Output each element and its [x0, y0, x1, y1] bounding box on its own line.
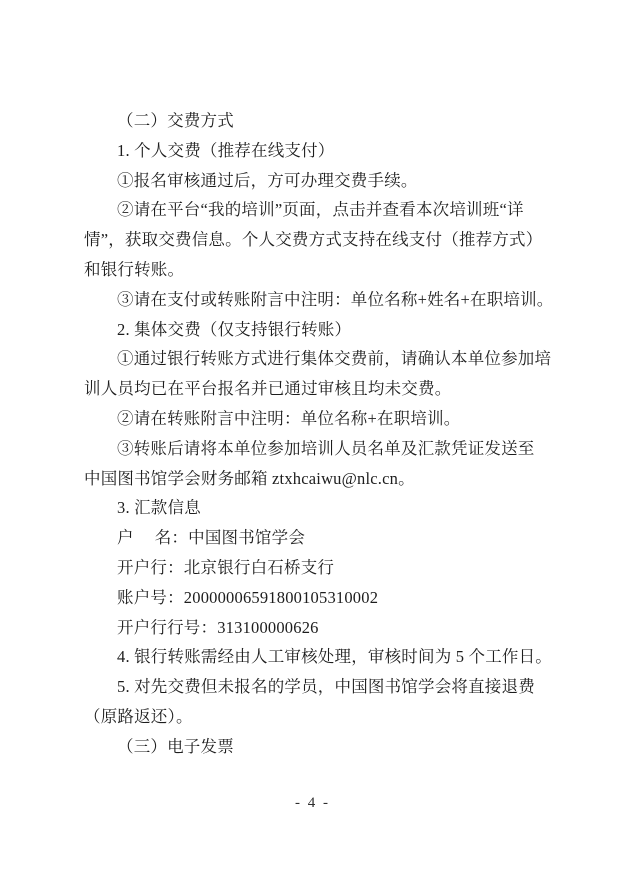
para-group-step1-line1: ①通过银行转账方式进行集体交费前，请确认本单位参加培: [84, 344, 562, 374]
document-page: （二）交费方式 1. 个人交费（推荐在线支付） ①报名审核通过后，方可办理交费手…: [0, 0, 625, 887]
para-individual-step1: ①报名审核通过后，方可办理交费手续。: [84, 166, 562, 196]
remittance-bank-code: 开户行行号：313100000626: [84, 613, 562, 643]
para-transfer-review-time: 4. 银行转账需经由人工审核处理，审核时间为 5 个工作日。: [84, 642, 562, 672]
subheading-remittance-info: 3. 汇款信息: [84, 493, 562, 523]
page-number: - 4 -: [0, 795, 625, 812]
heading-e-invoice: （三）电子发票: [84, 732, 562, 762]
para-refund-line2: （原路返还）。: [84, 702, 562, 732]
para-group-step3-email: 中国图书馆学会财务邮箱 ztxhcaiwu@nlc.cn。: [84, 464, 562, 494]
para-individual-step3: ③请在支付或转账附言中注明：单位名称+姓名+在职培训。: [84, 285, 562, 315]
para-group-step3-line1: ③转账后请将本单位参加培训人员名单及汇款凭证发送至: [84, 434, 562, 464]
para-individual-step2-line1: ②请在平台“我的培训”页面，点击并查看本次培训班“详: [84, 195, 562, 225]
subheading-group-payment: 2. 集体交费（仅支持银行转账）: [84, 315, 562, 345]
para-group-step1-line2: 训人员均已在平台报名并已通过审核且均未交费。: [84, 374, 562, 404]
heading-payment-method: （二）交费方式: [84, 106, 562, 136]
para-refund-line1: 5. 对先交费但未报名的学员，中国图书馆学会将直接退费: [84, 672, 562, 702]
para-individual-step2-line3: 和银行转账。: [84, 255, 562, 285]
para-individual-step2-line2: 情”，获取交费信息。个人交费方式支持在线支付（推荐方式）: [84, 225, 562, 255]
subheading-individual-payment: 1. 个人交费（推荐在线支付）: [84, 136, 562, 166]
remittance-bank-name: 开户行：北京银行白石桥支行: [84, 553, 562, 583]
remittance-account-name: 户 名：中国图书馆学会: [84, 523, 562, 553]
remittance-account-number: 账户号：20000006591800105310002: [84, 583, 562, 613]
document-body: （二）交费方式 1. 个人交费（推荐在线支付） ①报名审核通过后，方可办理交费手…: [84, 106, 562, 762]
para-group-step2: ②请在转账附言中注明：单位名称+在职培训。: [84, 404, 562, 434]
